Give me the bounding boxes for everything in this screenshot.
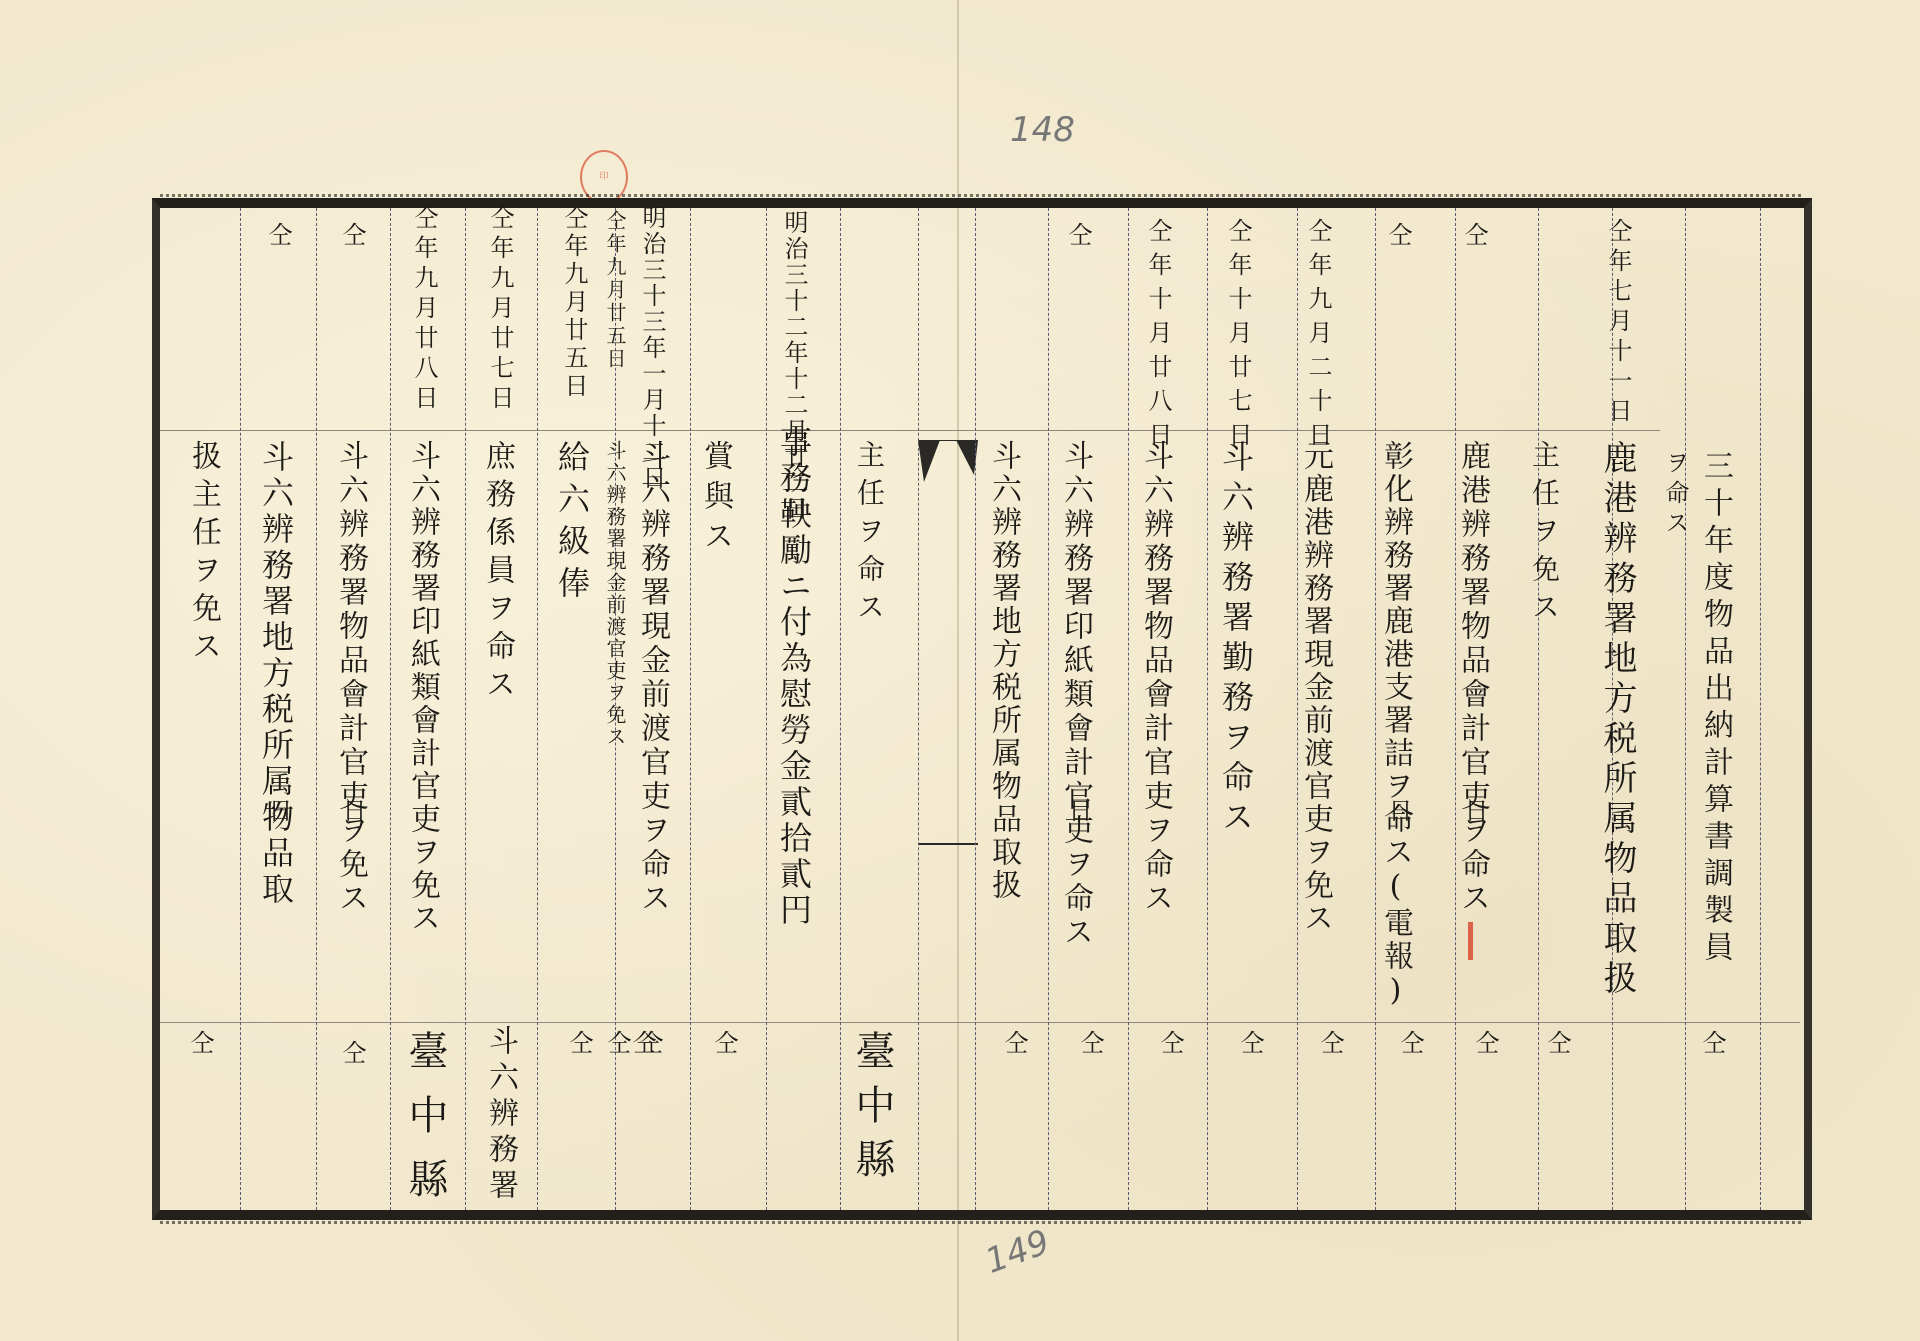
office-cell: 仝 — [1078, 1030, 1102, 1060]
matter-cell: 斗六辨務署勤務ヲ命ス — [1220, 440, 1252, 840]
matter-cell: 鹿港辨務署地方税所属物品取扱 — [1600, 440, 1634, 1000]
document-sheet: 印 148 149 三十年度物品出納計算書調製員 ヲ命ス 仝 仝年七月十一日 鹿… — [0, 0, 1920, 1341]
date-cell: 仝年十月廿七日 — [1226, 218, 1250, 456]
office-cell: 仝 — [567, 1030, 591, 1060]
office-cell: 臺中縣 — [405, 1030, 445, 1222]
table-frame — [152, 198, 1812, 1220]
matter-cell: 庶務係員ヲ命ス — [482, 440, 512, 706]
date-cell: 仝年九月廿五日 — [605, 210, 625, 371]
date-cell: 仝年九月廿七日 — [488, 205, 512, 415]
office-cell: 仝 — [188, 1030, 212, 1060]
matter-cell: 賞與ス — [700, 440, 730, 560]
row-divider-office — [160, 1022, 1800, 1023]
date-cell: 仝年七月十一日 — [1606, 218, 1630, 428]
vrule — [1207, 208, 1208, 1210]
vrule — [390, 208, 391, 1210]
vrule — [1685, 208, 1686, 1210]
matter-cell: 主任ヲ免ス — [1530, 440, 1558, 630]
matter-cell: 事務鞅勵ニ付為慰勞金貳拾貳円 — [778, 425, 810, 929]
vrule — [1048, 208, 1049, 1210]
date-cell: 仝年九月廿五日 — [562, 205, 586, 401]
matter-cell: 鹿港辨務署物品會計官吏ヲ命ス — [1457, 440, 1487, 916]
vrule — [690, 208, 691, 1210]
vrule — [465, 208, 466, 1210]
office-cell: 仝 — [1473, 1030, 1497, 1060]
matter-cell: 斗六辨務署物品會計官吏ヲ免ス — [335, 440, 365, 916]
vrule — [1538, 208, 1539, 1210]
matter-cell: 斗六辨務署地方税所属物品取 — [260, 440, 292, 908]
matter-cell: 給六級俸 — [556, 440, 588, 608]
vrule — [918, 208, 919, 1210]
document-title-suffix: ヲ命ス — [1663, 450, 1687, 540]
office-cell: 仝 — [1700, 1030, 1724, 1060]
office-cell: 仝 — [1398, 1030, 1422, 1060]
vrule — [316, 208, 317, 1210]
vrule — [766, 208, 767, 1210]
matter-cell: 元鹿港辨務署現金前渡官吏ヲ免ス — [1300, 440, 1330, 935]
office-cell: 仝 — [637, 1030, 661, 1060]
office-cell: 臺中縣 — [852, 1030, 892, 1192]
matter-cell: 主任ヲ命ス — [855, 440, 883, 630]
matter-cell: 彰化辨務署鹿港支署詰ヲ命ス(電報) — [1380, 440, 1410, 1011]
vrule — [1760, 208, 1761, 1210]
date-cell: 仝年十月廿八日 — [1146, 218, 1170, 456]
vrule — [537, 208, 538, 1210]
page-number-top: 148 — [1010, 110, 1075, 150]
vrule — [840, 208, 841, 1210]
page-number-bottom: 149 — [980, 1222, 1055, 1282]
date-cell: 仝年九月廿八日 — [412, 205, 436, 415]
office-cell: 仝 — [605, 1030, 629, 1060]
office-cell: 仝 — [1158, 1030, 1182, 1060]
fishtail-marker-icon — [918, 440, 978, 485]
matter-cell: 斗六辨務署印紙類會計官吏ヲ命ス — [1060, 440, 1090, 950]
matter-cell: 斗六辨務署印紙類會計官吏ヲ免ス — [407, 440, 437, 935]
office-cell: 仝 — [1318, 1030, 1342, 1060]
matter-cell: 斗六辨務署現金前渡官吏ヲ命ス — [637, 440, 667, 916]
office-cell: 仝 — [1002, 1030, 1026, 1060]
row-divider-date — [160, 430, 1660, 431]
date-cell: 仝年九月二十日 — [1306, 218, 1330, 456]
office-cell: 斗六辨務署 — [485, 1025, 515, 1205]
vrule — [240, 208, 241, 1210]
matter-cell: 斗六辨務署物品會計官吏ヲ命ス — [1140, 440, 1170, 916]
vrule — [975, 208, 976, 1210]
document-title: 三十年度物品出納計算書調製員 — [1700, 450, 1730, 968]
matter-cell: 斗六辨務署地方税所属物品取扱 — [988, 440, 1018, 902]
matter-cell: 斗六辨務署現金前渡官吏ヲ免ス — [605, 440, 625, 748]
office-cell: 仝 — [1545, 1030, 1569, 1060]
office-cell: 仝 — [712, 1030, 736, 1060]
vrule — [1128, 208, 1129, 1210]
matter-cell: 扱主任ヲ免ス — [188, 440, 218, 668]
office-cell: 仝 — [1238, 1030, 1262, 1060]
vrule — [1375, 208, 1376, 1210]
center-notch — [918, 843, 978, 845]
office-cell: 仝 — [340, 1040, 364, 1070]
